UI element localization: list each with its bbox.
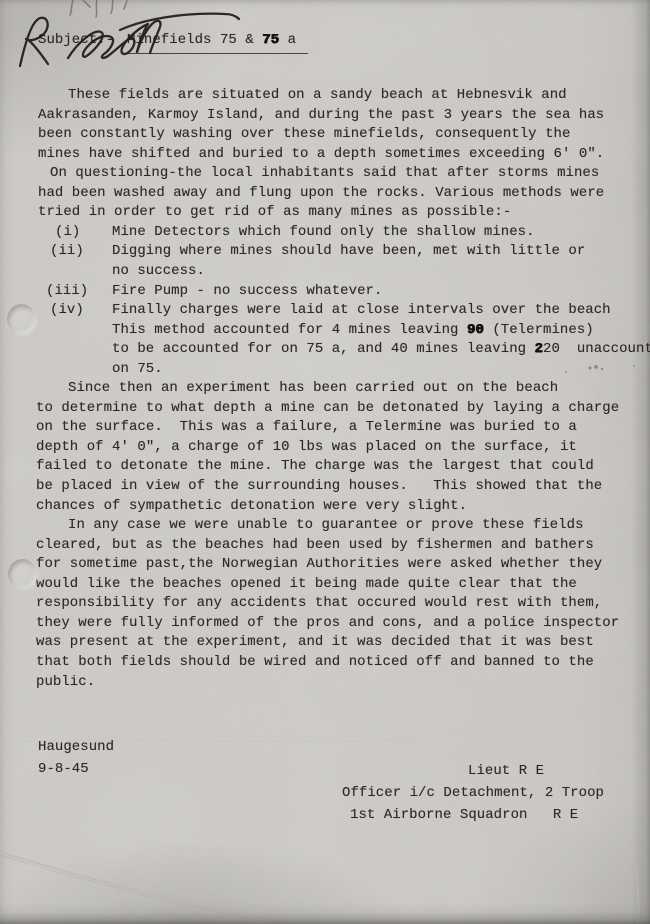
text-run: mines have shifted and buried to a depth… (38, 145, 604, 165)
document-line: would like the beaches opened it being m… (0, 575, 650, 595)
text-run: to be accounted for on 75 a, and 40 mine… (112, 340, 650, 360)
document-line: tried in order to get rid of as many min… (0, 203, 650, 223)
text-run: (ii) (50, 242, 84, 262)
document-line: depth of 4' 0", a charge of 10 lbs was p… (0, 438, 650, 458)
text-run: failed to detonate the mine. The charge … (36, 457, 594, 477)
document-line: In any case we were unable to guarantee … (0, 516, 650, 536)
text-run: Digging where mines should have been, me… (112, 242, 585, 262)
document-line: cleared, but as the beaches had been use… (0, 536, 650, 556)
scanned-document-page: { "page": { "paper_color": "#d6d4d0", "i… (0, 0, 650, 924)
text-run: chances of sympathetic detonation were v… (36, 497, 467, 517)
document-line: On questioning-the local inhabitants sai… (0, 164, 650, 184)
document-line: they were fully informed of the pros and… (0, 614, 650, 634)
document-line: responsibility for any accidents that oc… (0, 594, 650, 614)
text-run: (iv) (50, 301, 84, 321)
subject-title-bold: 75 (262, 32, 279, 48)
document-body: These fields are situated on a sandy bea… (0, 86, 650, 726)
subject-title-post: a (279, 32, 296, 48)
document-line: (i)Mine Detectors which found only the s… (0, 223, 650, 243)
text-run: was present at the experiment, and it wa… (36, 633, 594, 653)
text-run: depth of 4' 0", a charge of 10 lbs was p… (36, 438, 577, 458)
document-line: (iii)Fire Pump - no success whatever. (0, 282, 650, 302)
text-run: Fire Pump - no success whatever. (112, 282, 382, 302)
text-run: These fields are situated on a sandy bea… (68, 86, 567, 106)
paper-sheet: Subject:- Minefields 75 & 75 a These fie… (0, 0, 650, 924)
document-line: on the surface. This was a failure, a Te… (0, 418, 650, 438)
document-line: for sometime past,the Norwegian Authorit… (0, 555, 650, 575)
document-line: This method accounted for 4 mines leavin… (0, 321, 650, 341)
document-line: no success. (0, 262, 650, 282)
text-run: no success. (112, 262, 205, 282)
text-run: to determine to what depth a mine can be… (36, 399, 619, 419)
document-line: on 75. (0, 360, 650, 380)
document-line: Aakrasanden, Karmoy Island, and during t… (0, 106, 650, 126)
text-run: had been washed away and flung upon the … (38, 184, 604, 204)
text-run: Finally charges were laid at close inter… (112, 301, 611, 321)
text-run: responsibility for any accidents that oc… (36, 594, 602, 614)
document-line: chances of sympathetic detonation were v… (0, 497, 650, 517)
text-run: 90 (467, 322, 484, 338)
document-line: mines have shifted and buried to a depth… (0, 145, 650, 165)
document-line: be placed in view of the surrounding hou… (0, 477, 650, 497)
text-run: On questioning-the local inhabitants sai… (50, 164, 599, 184)
document-line: was present at the experiment, and it wa… (0, 633, 650, 653)
text-run: Since then an experiment has been carrie… (68, 379, 558, 399)
document-line: that both fields should be wired and not… (0, 653, 650, 673)
text-run: on the surface. This was a failure, a Te… (36, 418, 577, 438)
text-run: tried in order to get rid of as many min… (38, 203, 511, 223)
text-run: (Telermines) (484, 322, 594, 338)
text-run: This method accounted for 4 mines leavin… (112, 321, 594, 341)
text-run: they were fully informed of the pros and… (36, 614, 619, 634)
text-run: cleared, but as the beaches had been use… (36, 536, 594, 556)
text-run: Aakrasanden, Karmoy Island, and during t… (38, 106, 604, 126)
document-line: (iv)Finally charges were laid at close i… (0, 301, 650, 321)
footer-rank: Lieut R E (468, 762, 544, 782)
document-line: failed to detonate the mine. The charge … (0, 457, 650, 477)
text-run: been constantly washing over these minef… (38, 125, 570, 145)
text-run: public. (36, 673, 95, 693)
footer-date: 9-8-45 (38, 760, 89, 780)
text-run: (i) (55, 223, 80, 243)
document-line: had been washed away and flung upon the … (0, 184, 650, 204)
text-run: for sometime past,the Norwegian Authorit… (36, 555, 602, 575)
subject-title: Minefields 75 & 75 a (126, 31, 308, 54)
text-run: on 75. (112, 360, 163, 380)
document-line: to be accounted for on 75 a, and 40 mine… (0, 340, 650, 360)
document-line: Since then an experiment has been carrie… (0, 379, 650, 399)
punch-hole-upper (7, 304, 36, 334)
footer-role: Officer i/c Detachment, 2 Troop (342, 784, 604, 804)
punch-hole-lower (8, 559, 37, 589)
footer-place: Haugesund (38, 738, 114, 758)
text-run: would like the beaches opened it being m… (36, 575, 577, 595)
text-run: In any case we were unable to guarantee … (68, 516, 584, 536)
subject-title-pre: Minefields 75 & (127, 32, 262, 48)
text-run: that both fields should be wired and not… (36, 653, 594, 673)
text-run: be placed in view of the surrounding hou… (36, 477, 602, 497)
document-line: public. (0, 673, 650, 693)
text-run: 20 unaccounted (543, 341, 650, 357)
document-line: to determine to what depth a mine can be… (0, 399, 650, 419)
document-line: been constantly washing over these minef… (0, 125, 650, 145)
text-run: 2 (535, 341, 543, 357)
text-run: (iii) (46, 282, 88, 302)
footer-unit: 1st Airborne Squadron R E (350, 806, 578, 826)
subject-label: Subject:- (38, 31, 114, 51)
document-line: These fields are situated on a sandy bea… (0, 86, 650, 106)
document-line: (ii)Digging where mines should have been… (0, 242, 650, 262)
text-run: Mine Detectors which found only the shal… (112, 223, 535, 243)
